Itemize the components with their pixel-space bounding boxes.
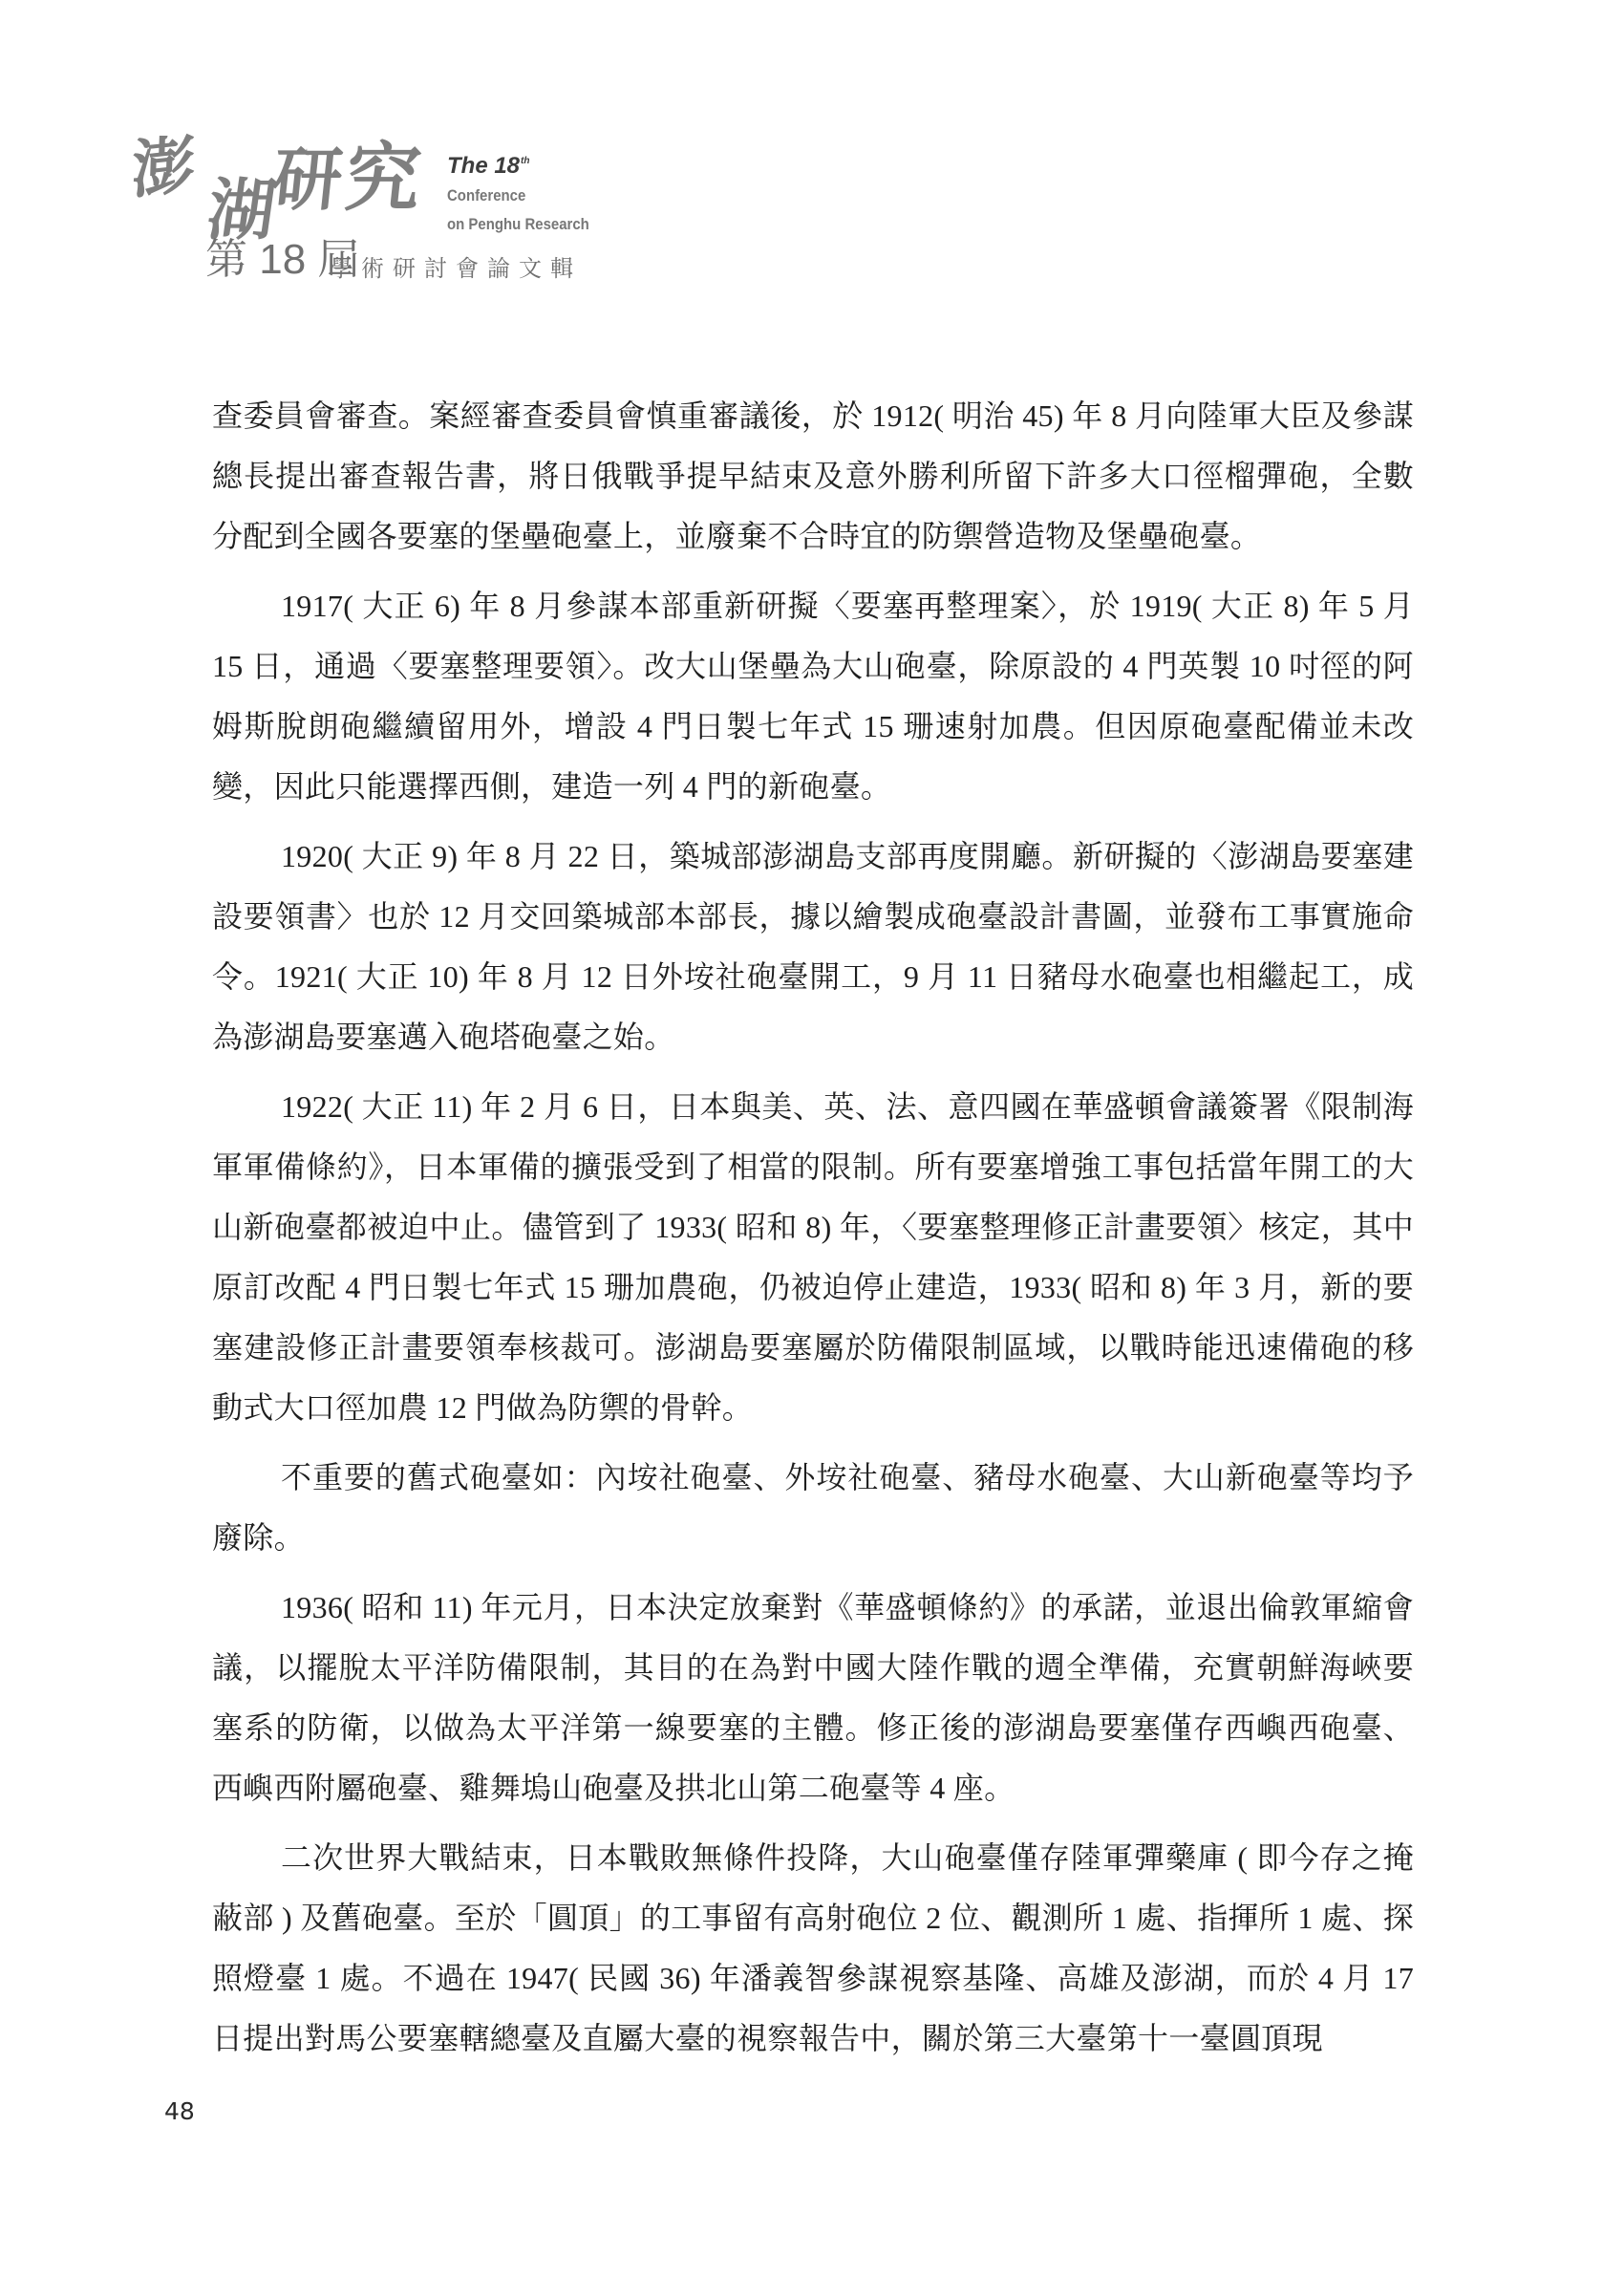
paragraph-2: 1917( 大正 6) 年 8 月參謀本部重新研擬〈要塞再整理案〉，於 1919… [212, 576, 1414, 817]
english-title-line3: on Penghu Research [447, 216, 589, 232]
title-char-yan: 研 [269, 145, 346, 214]
paragraph-4: 1922( 大正 11) 年 2 月 6 日，日本與美、英、法、意四國在華盛頓會… [212, 1077, 1414, 1438]
english-title-number: The 18 [447, 153, 520, 179]
title-char-peng: 澎 [131, 132, 196, 203]
english-title-line1: The 18th [447, 155, 529, 178]
proceedings-subtitle: 學術研討會論文輯 [330, 258, 582, 281]
title-char-jiu: 究 [342, 141, 424, 216]
english-title-line2: Conference [447, 187, 525, 204]
paragraph-6: 1936( 昭和 11) 年元月，日本決定放棄對《華盛頓條約》的承諾，並退出倫敦… [212, 1578, 1414, 1818]
paragraph-5: 不重要的舊式砲臺如：內垵社砲臺、外垵社砲臺、豬母水砲臺、大山新砲臺等均予廢除。 [212, 1448, 1414, 1568]
journal-header-logo: 澎 湖 研 究 The 18th Conference on Penghu Re… [124, 124, 621, 296]
title-char-hu: 湖 [203, 177, 280, 244]
paragraph-3: 1920( 大正 9) 年 8 月 22 日，築城部澎湖島支部再度開廳。新研擬的… [212, 827, 1414, 1067]
page-number: 48 [164, 2097, 195, 2125]
ordinal-suffix: th [521, 156, 529, 166]
paragraph-1: 查委員會審查。案經審查委員會慎重審議後，於 1912( 明治 45) 年 8 月… [212, 386, 1414, 567]
article-body: 查委員會審查。案經審查委員會慎重審議後，於 1912( 明治 45) 年 8 月… [212, 386, 1414, 2078]
paragraph-7: 二次世界大戰結束，日本戰敗無條件投降，大山砲臺僅存陸軍彈藥庫 ( 即今存之掩蔽部… [212, 1828, 1414, 2069]
